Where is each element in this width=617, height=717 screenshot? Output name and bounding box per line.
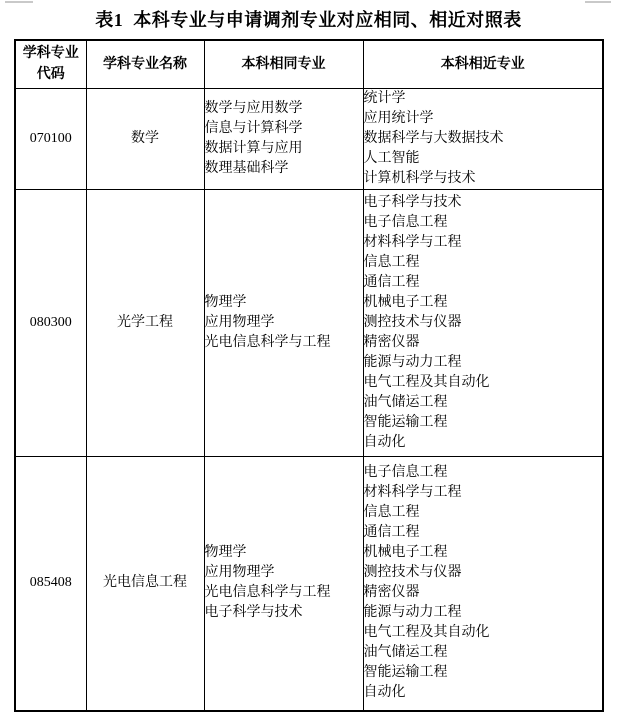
- major-item: 材料科学与工程: [364, 483, 603, 503]
- major-item: 能源与动力工程: [364, 353, 603, 373]
- major-item: 应用物理学: [205, 563, 363, 583]
- table-row-mathematics: 070100 数学 数学与应用数学信息与计算科学数据计算与应用数理基础科学 统计…: [15, 88, 603, 189]
- column-header-code-line1: 学科专业: [16, 43, 86, 64]
- major-code: 070100: [15, 88, 86, 189]
- similar-majors-list: 电子科学与技术电子信息工程材料科学与工程信息工程通信工程机械电子工程测控技术与仪…: [363, 189, 603, 456]
- document-page: 表1 本科专业与申请调剂专业对应相同、相近对照表 学科专业 代码 学科专业名称 …: [0, 0, 617, 717]
- major-item: 信息工程: [364, 503, 603, 523]
- major-item: 光电信息科学与工程: [205, 583, 363, 603]
- major-item: 智能运输工程: [364, 413, 603, 433]
- major-code: 080300: [15, 189, 86, 456]
- major-item: 电子科学与技术: [205, 603, 363, 623]
- same-majors-list: 数学与应用数学信息与计算科学数据计算与应用数理基础科学: [204, 88, 363, 189]
- major-item: 油气储运工程: [364, 643, 603, 663]
- cutoff-text-artifact-left: [5, 1, 33, 3]
- major-item: 油气储运工程: [364, 393, 603, 413]
- table-row-optoelectronic-information: 085408 光电信息工程 物理学应用物理学光电信息科学与工程电子科学与技术 电…: [15, 456, 603, 711]
- major-item: 测控技术与仪器: [364, 563, 603, 583]
- page-title: 表1 本科专业与申请调剂专业对应相同、相近对照表: [0, 0, 617, 32]
- table-header-row: 学科专业 代码 学科专业名称 本科相同专业 本科相近专业: [15, 40, 603, 88]
- major-item: 通信工程: [364, 523, 603, 543]
- major-item: 数学与应用数学: [205, 99, 363, 119]
- table-row-optical-engineering: 080300 光学工程 物理学应用物理学光电信息科学与工程 电子科学与技术电子信…: [15, 189, 603, 456]
- column-header-code: 学科专业 代码: [15, 40, 86, 88]
- similar-majors-list: 统计学应用统计学数据科学与大数据技术人工智能计算机科学与技术: [363, 88, 603, 189]
- major-item: 电气工程及其自动化: [364, 373, 603, 393]
- column-header-same-majors: 本科相同专业: [204, 40, 363, 88]
- major-name: 数学: [86, 88, 204, 189]
- major-item: 测控技术与仪器: [364, 313, 603, 333]
- majors-comparison-table: 学科专业 代码 学科专业名称 本科相同专业 本科相近专业 070100 数学 数…: [14, 39, 604, 712]
- major-item: 数据科学与大数据技术: [364, 129, 603, 149]
- major-item: 统计学: [364, 89, 603, 109]
- cutoff-text-artifact-right: [585, 1, 611, 3]
- major-item: 能源与动力工程: [364, 603, 603, 623]
- major-item: 信息与计算科学: [205, 119, 363, 139]
- major-item: 电子科学与技术: [364, 193, 603, 213]
- major-name: 光学工程: [86, 189, 204, 456]
- major-item: 电子信息工程: [364, 463, 603, 483]
- column-header-code-line2: 代码: [16, 64, 86, 85]
- major-name: 光电信息工程: [86, 456, 204, 711]
- similar-majors-list: 电子信息工程材料科学与工程信息工程通信工程机械电子工程测控技术与仪器精密仪器能源…: [363, 456, 603, 711]
- major-item: 精密仪器: [364, 333, 603, 353]
- major-item: 电气工程及其自动化: [364, 623, 603, 643]
- major-item: 数理基础科学: [205, 159, 363, 179]
- same-majors-list: 物理学应用物理学光电信息科学与工程: [204, 189, 363, 456]
- column-header-name: 学科专业名称: [86, 40, 204, 88]
- major-item: 应用统计学: [364, 109, 603, 129]
- major-item: 人工智能: [364, 149, 603, 169]
- major-item: 通信工程: [364, 273, 603, 293]
- major-item: 自动化: [364, 433, 603, 453]
- major-item: 机械电子工程: [364, 543, 603, 563]
- major-item: 机械电子工程: [364, 293, 603, 313]
- column-header-similar-majors: 本科相近专业: [363, 40, 603, 88]
- major-item: 智能运输工程: [364, 663, 603, 683]
- major-item: 光电信息科学与工程: [205, 333, 363, 353]
- major-item: 物理学: [205, 293, 363, 313]
- major-item: 信息工程: [364, 253, 603, 273]
- major-item: 电子信息工程: [364, 213, 603, 233]
- same-majors-list: 物理学应用物理学光电信息科学与工程电子科学与技术: [204, 456, 363, 711]
- major-code: 085408: [15, 456, 86, 711]
- major-item: 数据计算与应用: [205, 139, 363, 159]
- major-item: 计算机科学与技术: [364, 169, 603, 189]
- major-item: 物理学: [205, 543, 363, 563]
- major-item: 精密仪器: [364, 583, 603, 603]
- major-item: 应用物理学: [205, 313, 363, 333]
- major-item: 自动化: [364, 683, 603, 703]
- major-item: 材料科学与工程: [364, 233, 603, 253]
